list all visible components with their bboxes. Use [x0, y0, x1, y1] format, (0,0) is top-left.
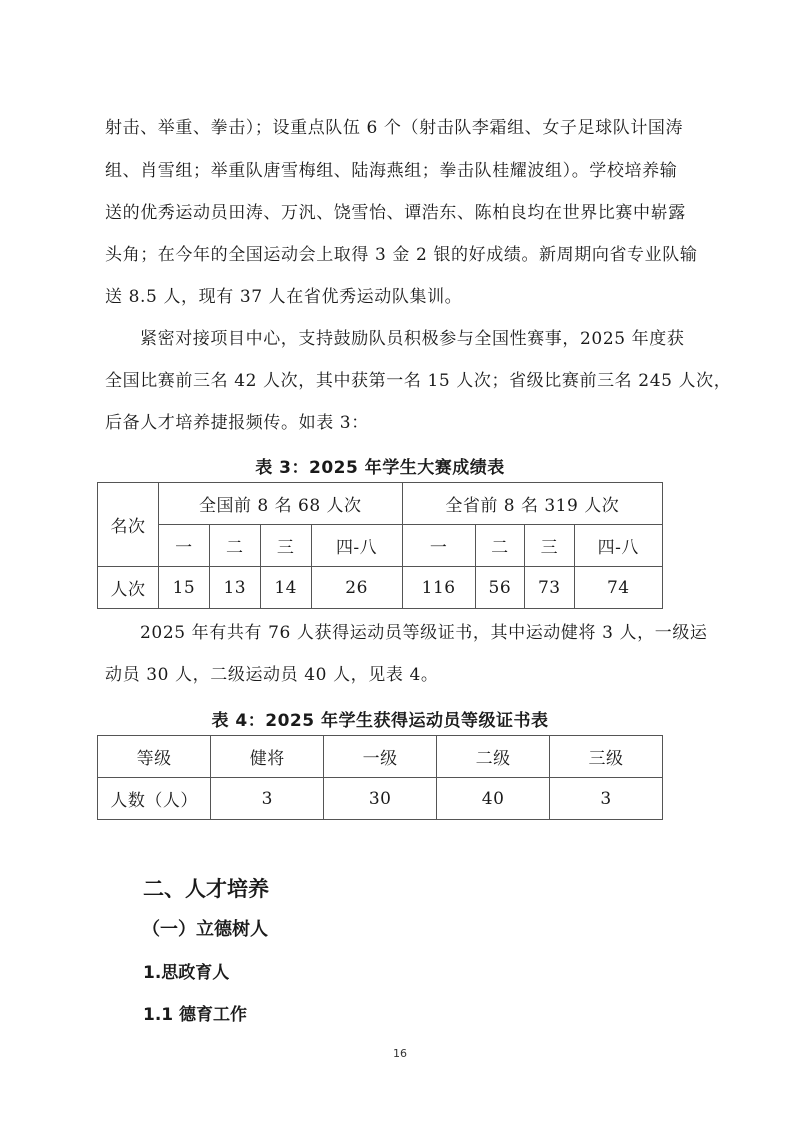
table-header: 健将	[211, 736, 324, 778]
subsection-heading: （一）立德树人	[142, 915, 268, 941]
sub-subsection-heading: 1.1 德育工作	[143, 1000, 247, 1025]
row-label: 人次	[98, 567, 159, 609]
table-cell: 14	[260, 567, 311, 609]
text-line: 送的优秀运动员田涛、万汎、饶雪怡、谭浩东、陈柏良均在世界比赛中崭露	[105, 203, 686, 223]
sub-header: 一	[402, 525, 475, 567]
sub-header: 三	[260, 525, 311, 567]
text-line: 组、肖雪组；举重队唐雪梅组、陆海燕组；拳击队桂耀波组）。学校培养输	[105, 161, 677, 181]
table-cell: 26	[311, 567, 402, 609]
table-cell: 74	[574, 567, 662, 609]
table-header: 三级	[550, 736, 663, 778]
table4-caption: 表 4：2025 年学生获得运动员等级证书表	[0, 706, 760, 731]
table-row: 人数（人） 3 30 40 3	[98, 778, 663, 820]
table-cell: 15	[159, 567, 210, 609]
text-line: 头角；在今年的全国运动会上取得 3 金 2 银的好成绩。新周期向省专业队输	[105, 245, 697, 265]
table-cell: 40	[437, 778, 550, 820]
section-heading: 二、人才培养	[143, 873, 269, 903]
table-header: 二级	[437, 736, 550, 778]
text-line: 2025 年有共有 76 人获得运动员等级证书，其中运动健将 3 人，一级运	[140, 623, 708, 643]
page-number: 16	[0, 1047, 800, 1060]
table-cell: 3	[211, 778, 324, 820]
text-line: 紧密对接项目中心，支持鼓励队员积极参与全国性赛事，2025 年度获	[140, 329, 684, 349]
sub-header: 一	[159, 525, 210, 567]
sub-header: 三	[525, 525, 574, 567]
text-line: 全国比赛前三名 42 人次，其中获第一名 15 人次；省级比赛前三名 245 人…	[105, 371, 731, 391]
table-row: 人次 15 13 14 26 116 56 73 74	[98, 567, 663, 609]
sub-header: 四-八	[311, 525, 402, 567]
row-label: 人数（人）	[98, 778, 211, 820]
text-line: 送 8.5 人，现有 37 人在省优秀运动队集训。	[105, 287, 462, 307]
table-header: 一级	[324, 736, 437, 778]
table-cell: 73	[525, 567, 574, 609]
table4-athlete-grades: 等级 健将 一级 二级 三级 人数（人） 3 30 40 3	[97, 735, 663, 820]
sub-header: 四-八	[574, 525, 662, 567]
sub-subsection-heading: 1.思政育人	[143, 958, 229, 983]
table-cell: 13	[209, 567, 260, 609]
table3-competition-results: 名次 全国前 8 名 68 人次 全省前 8 名 319 人次 一 二 三 四-…	[97, 482, 663, 609]
group-header-national: 全国前 8 名 68 人次	[159, 483, 403, 525]
group-header-provincial: 全省前 8 名 319 人次	[402, 483, 662, 525]
row-header-rank: 名次	[98, 483, 159, 567]
table-header: 等级	[98, 736, 211, 778]
table-cell: 30	[324, 778, 437, 820]
table-cell: 56	[475, 567, 524, 609]
text-line: 射击、举重、拳击）；设重点队伍 6 个（射击队李霜组、女子足球队计国涛	[105, 118, 683, 138]
text-line: 后备人才培养捷报频传。如表 3：	[105, 413, 369, 433]
table-cell: 116	[402, 567, 475, 609]
text-line: 动员 30 人，二级运动员 40 人，见表 4。	[105, 665, 439, 685]
sub-header: 二	[209, 525, 260, 567]
sub-header: 二	[475, 525, 524, 567]
table-cell: 3	[550, 778, 663, 820]
table3-caption: 表 3：2025 年学生大赛成绩表	[0, 453, 760, 478]
